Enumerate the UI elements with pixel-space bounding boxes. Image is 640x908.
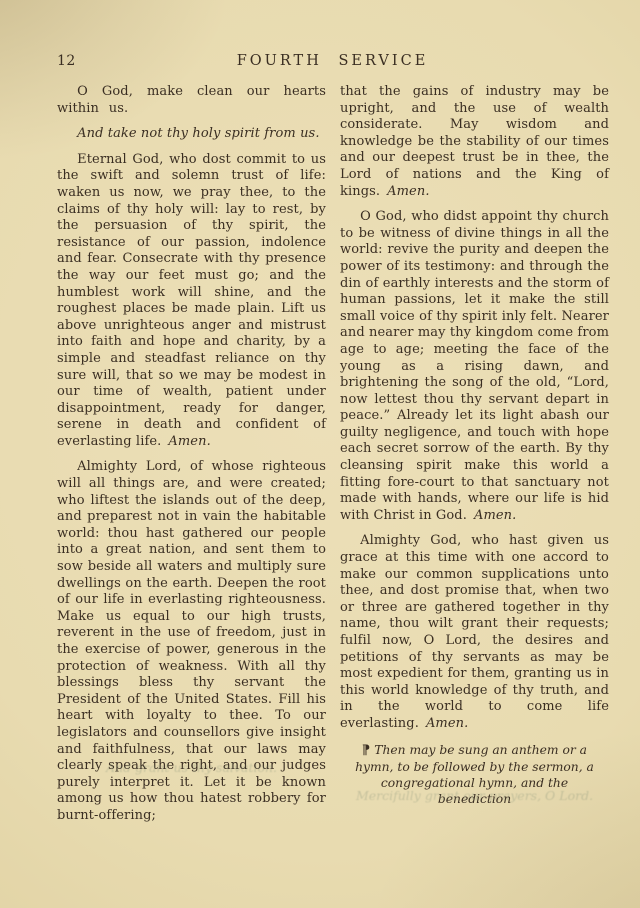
amen-label: Amen. <box>168 434 210 449</box>
prayer-text: O God, who didst appoint thy church to b… <box>340 209 609 523</box>
prayer-paragraph: Almighty God, who hast given us grace at… <box>340 533 609 732</box>
prayer-paragraph: Eternal God, who dost commit to us the s… <box>57 152 326 451</box>
prayer-paragraph-continuation: that the gains of industry may be uprigh… <box>340 84 609 200</box>
rubric: ¶Then may be sung an anthem or a hymn, t… <box>340 742 609 807</box>
prayer-text: Almighty God, who hast given us grace at… <box>340 533 609 731</box>
page-header: 12 FOURTH SERVICE <box>57 53 608 71</box>
prayer-text: that the gains of industry may be uprigh… <box>340 84 609 199</box>
rubric-capitulum-mark: ¶ <box>362 743 370 759</box>
column-left: O God, make clean our hearts within us. … <box>57 84 326 834</box>
response-text: And take not thy holy spirit from us. <box>77 126 319 141</box>
scanned-book-page: 12 FOURTH SERVICE O God, make clean our … <box>0 0 640 908</box>
versicle-text: O God, make clean our hearts within us. <box>57 84 326 116</box>
column-right: that the gains of industry may be uprigh… <box>340 84 609 834</box>
amen-label: Amen. <box>426 716 468 731</box>
amen-label: Amen. <box>474 508 516 523</box>
prayer-text: Almighty Lord, of whose righteous will a… <box>57 459 326 822</box>
versicle-line: O God, make clean our hearts within us. <box>57 84 326 117</box>
text-columns: O God, make clean our hearts within us. … <box>57 84 609 834</box>
amen-label: Amen. <box>387 184 429 199</box>
response-line: And take not thy holy spirit from us. <box>57 126 326 143</box>
prayer-text: Eternal God, who dost commit to us the s… <box>57 152 326 449</box>
page-title: FOURTH SERVICE <box>57 53 608 69</box>
prayer-paragraph: Almighty Lord, of whose righteous will a… <box>57 459 326 824</box>
prayer-paragraph: O God, who didst appoint thy church to b… <box>340 209 609 524</box>
rubric-text: Then may be sung an anthem or a hymn, to… <box>355 743 594 806</box>
